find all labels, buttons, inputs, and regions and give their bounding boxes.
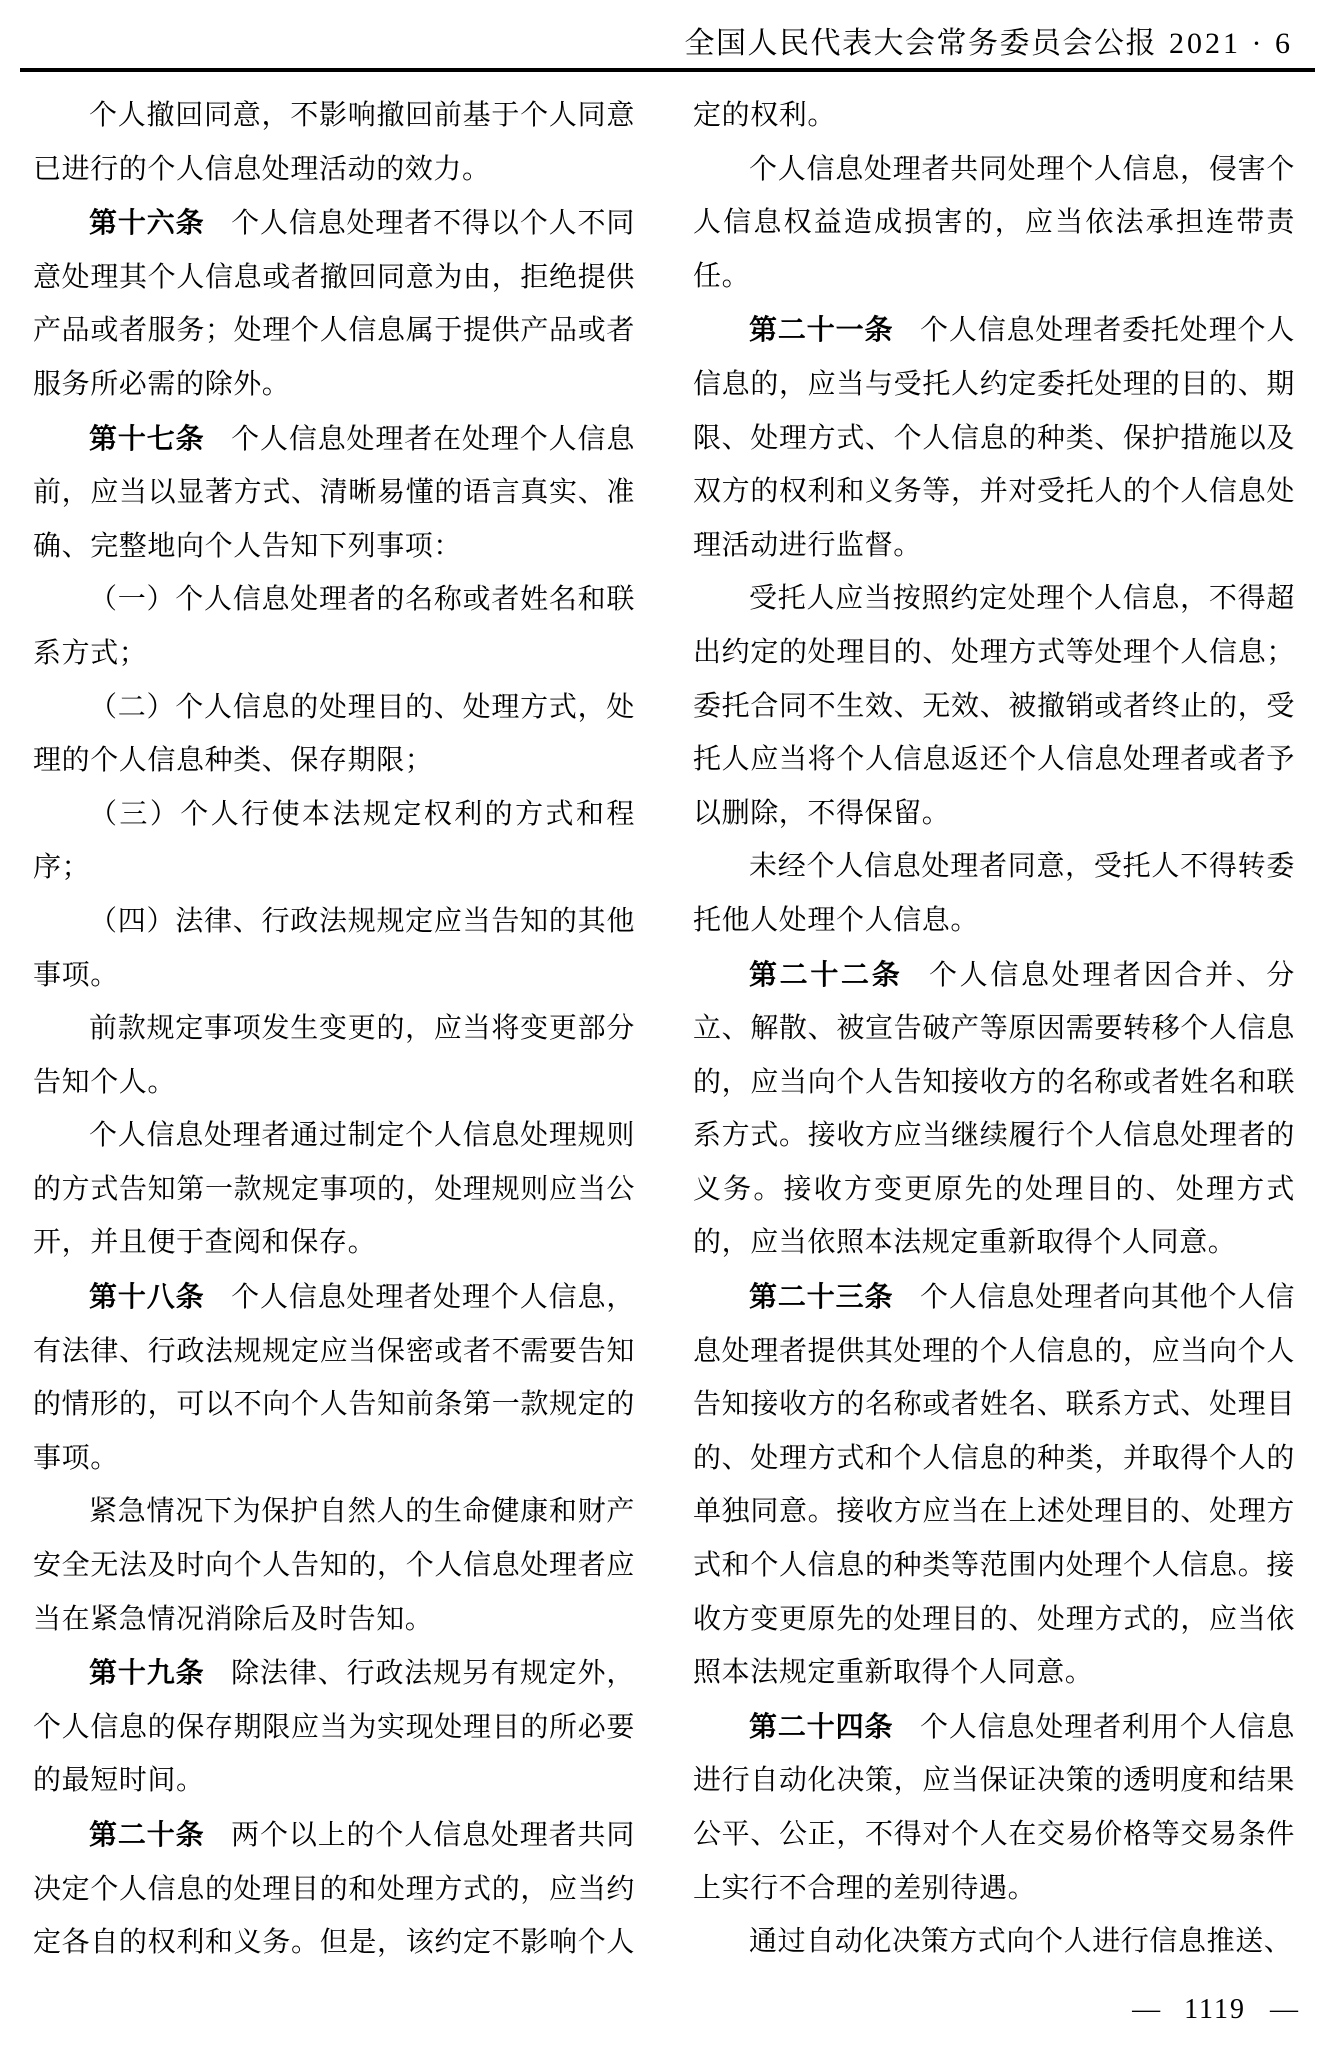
paragraph-text: 个人撤回同意，不影响撤回前基于个人同意已进行的个人信息处理活动的效力。 bbox=[33, 100, 635, 185]
article-number: 第二十一条 bbox=[749, 314, 893, 345]
article-number: 第十八条 bbox=[89, 1281, 204, 1312]
page-footer: — 1119 — bbox=[1132, 1993, 1298, 2027]
paragraph: 个人撤回同意，不影响撤回前基于个人同意已进行的个人信息处理活动的效力。 bbox=[33, 89, 635, 196]
article-number: 第二十四条 bbox=[749, 1711, 893, 1742]
paragraph: 定的权利。 bbox=[693, 89, 1295, 143]
paragraph-text: （四）法律、行政法规规定应当告知的其他事项。 bbox=[33, 906, 635, 991]
paragraph: 第二十二条个人信息处理者因合并、分立、解散、被宣告破产等原因需要转移个人信息的，… bbox=[693, 948, 1295, 1271]
paragraph: 第十八条个人信息处理者处理个人信息，有法律、行政法规规定应当保密或者不需要告知的… bbox=[33, 1270, 635, 1485]
paragraph-text: 紧急情况下为保护自然人的生命健康和财产安全无法及时向个人告知的，个人信息处理者应… bbox=[33, 1496, 635, 1634]
paragraph-text: 前款规定事项发生变更的，应当将变更部分告知个人。 bbox=[33, 1013, 635, 1098]
paragraph: 第二十一条个人信息处理者委托处理个人信息的，应当与受托人约定委托处理的目的、期限… bbox=[693, 303, 1295, 572]
paragraph: 前款规定事项发生变更的，应当将变更部分告知个人。 bbox=[33, 1002, 635, 1109]
article-number: 第二十二条 bbox=[749, 959, 902, 990]
paragraph: 个人信息处理者共同处理个人信息，侵害个人信息权益造成损害的，应当依法承担连带责任… bbox=[693, 143, 1295, 304]
paragraph-text: 通过自动化决策方式向个人进行信息推送、 bbox=[749, 1926, 1292, 1957]
journal-header-text: 全国人民代表大会常务委员会公报2021 · 6 bbox=[0, 18, 1293, 62]
paragraph-text: （一）个人信息处理者的名称或者姓名和联系方式； bbox=[33, 584, 635, 669]
journal-issue: 2021 · 6 bbox=[1169, 27, 1293, 60]
article-number: 第十九条 bbox=[89, 1657, 204, 1688]
paragraph-text: 个人信息处理者向其他个人信息处理者提供其处理的个人信息的，应当向个人告知接收方的… bbox=[693, 1282, 1295, 1688]
paragraph-text: 受托人应当按照约定处理个人信息，不得超出约定的处理目的、处理方式等处理个人信息；… bbox=[693, 583, 1295, 828]
paragraph: 紧急情况下为保护自然人的生命健康和财产安全无法及时向个人告知的，个人信息处理者应… bbox=[33, 1485, 635, 1646]
paragraph-text: 个人信息处理者共同处理个人信息，侵害个人信息权益造成损害的，应当依法承担连带责任… bbox=[693, 154, 1295, 292]
article-number: 第十六条 bbox=[89, 207, 204, 238]
paragraph: 受托人应当按照约定处理个人信息，不得超出约定的处理目的、处理方式等处理个人信息；… bbox=[693, 572, 1295, 840]
footer-dash-right: — bbox=[1270, 1993, 1298, 2027]
paragraph-text: （三）个人行使本法规定权利的方式和程序； bbox=[33, 799, 635, 884]
paragraph-text: 未经个人信息处理者同意，受托人不得转委托他人处理个人信息。 bbox=[693, 851, 1295, 936]
gazette-page: 全国人民代表大会常务委员会公报2021 · 6 个人撤回同意，不影响撤回前基于个… bbox=[0, 0, 1335, 2055]
paragraph: 第二十三条个人信息处理者向其他个人信息处理者提供其处理的个人信息的，应当向个人告… bbox=[693, 1270, 1295, 1700]
paragraph-text: 个人信息处理者委托处理个人信息的，应当与受托人约定委托处理的目的、期限、处理方式… bbox=[693, 315, 1295, 560]
article-number: 第二十三条 bbox=[749, 1281, 893, 1312]
paragraph: （一）个人信息处理者的名称或者姓名和联系方式； bbox=[33, 573, 635, 680]
left-column: 个人撤回同意，不影响撤回前基于个人同意已进行的个人信息处理活动的效力。 第十六条… bbox=[33, 89, 635, 1971]
paragraph: 通过自动化决策方式向个人进行信息推送、 bbox=[693, 1915, 1295, 1969]
paragraph: 个人信息处理者通过制定个人信息处理规则的方式告知第一款规定事项的，处理规则应当公… bbox=[33, 1109, 635, 1270]
paragraph: 第十九条除法律、行政法规另有规定外，个人信息的保存期限应当为实现处理目的所必要的… bbox=[33, 1646, 635, 1808]
paragraph-text: （二）个人信息的处理目的、处理方式，处理的个人信息种类、保存期限； bbox=[33, 692, 635, 777]
paragraph: （四）法律、行政法规规定应当告知的其他事项。 bbox=[33, 895, 635, 1002]
paragraph: 第二十条两个以上的个人信息处理者共同决定个人信息的处理目的和处理方式的，应当约定… bbox=[33, 1808, 635, 1971]
paragraph: 第十六条个人信息处理者不得以个人不同意处理其个人信息或者撤回同意为由，拒绝提供产… bbox=[33, 196, 635, 411]
paragraph: （三）个人行使本法规定权利的方式和程序； bbox=[33, 788, 635, 895]
paragraph: （二）个人信息的处理目的、处理方式，处理的个人信息种类、保存期限； bbox=[33, 681, 635, 788]
footer-dash-left: — bbox=[1132, 1993, 1160, 2027]
paragraph-text: 个人信息处理者因合并、分立、解散、被宣告破产等原因需要转移个人信息的，应当向个人… bbox=[693, 960, 1295, 1259]
paragraph: 未经个人信息处理者同意，受托人不得转委托他人处理个人信息。 bbox=[693, 840, 1295, 947]
right-column: 定的权利。 个人信息处理者共同处理个人信息，侵害个人信息权益造成损害的，应当依法… bbox=[693, 89, 1295, 1971]
journal-title: 全国人民代表大会常务委员会公报 bbox=[685, 27, 1158, 60]
paragraph: 第二十四条个人信息处理者利用个人信息进行自动化决策，应当保证决策的透明度和结果公… bbox=[693, 1700, 1295, 1915]
header-rule bbox=[20, 68, 1315, 72]
article-number: 第十七条 bbox=[89, 423, 204, 454]
article-number: 第二十条 bbox=[89, 1819, 204, 1850]
paragraph-text: 个人信息处理者通过制定个人信息处理规则的方式告知第一款规定事项的，处理规则应当公… bbox=[33, 1120, 635, 1258]
page-number: 1119 bbox=[1184, 1993, 1246, 2027]
paragraph: 第十七条个人信息处理者在处理个人信息前，应当以显著方式、清晰易懂的语言真实、准确… bbox=[33, 412, 635, 574]
paragraph-text: 定的权利。 bbox=[693, 100, 836, 131]
